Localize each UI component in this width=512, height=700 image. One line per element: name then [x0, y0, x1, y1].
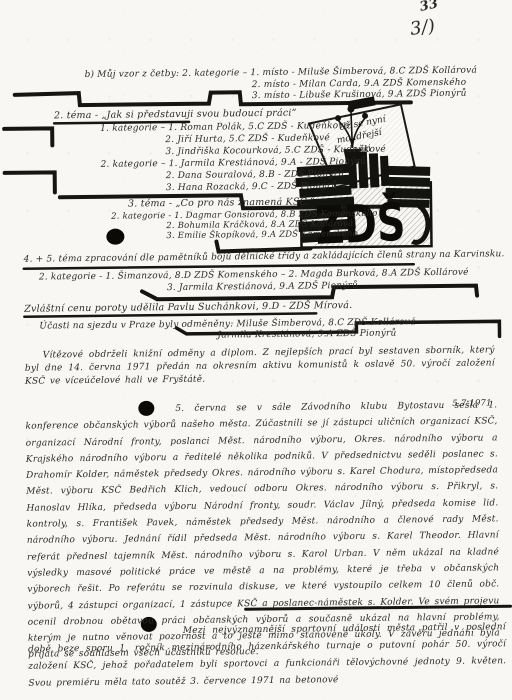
page-number-mark: 33: [418, 0, 439, 15]
page-tilt-layer: Už se nyní moudřejší býti: [0, 0, 512, 700]
heading-theme2: 2. téma - „Jak si představuji svou budou…: [54, 108, 297, 122]
result-line: 3. Emilie Škopíková, 9.A ZDŠ Komenského: [166, 229, 358, 241]
result-line-category2: 2. kategorie – 1. Jarmila Krestiánová, 9…: [101, 157, 367, 170]
heading-themes4-5: 4. + 5. téma zpracování dle pamětníků bo…: [24, 249, 505, 264]
result-line: 2. Dana Souralová, 8.B - ZDŠ Pionýrů: [166, 169, 345, 181]
book: [389, 177, 430, 187]
jury-special-prize-line: Zvláštní cenu poroty udělila Pavlu Suchá…: [24, 300, 352, 315]
divider-stroke: [216, 240, 310, 251]
result-line: 3. Jarmila Krestiánová, 9.A ZDŠ Pionýrů: [167, 281, 358, 293]
result-line-category2: 2. kategorie - 1. Šimanzová, 8.D ZDŠ Kom…: [39, 268, 469, 283]
ribbon-curl: [412, 203, 428, 242]
result-line: 3. Jindřiška Kocourková, 5.C ZDŠ - Kudeň…: [165, 145, 386, 158]
flower-icon: [335, 105, 369, 164]
result-line: 3. Hana Rozacká, 9.C - ZDŠ Pionýrů: [166, 181, 338, 193]
result-line-place3: 3. místo - Libuše Krušinová, 9.A ZDŠ Pio…: [252, 89, 467, 101]
scanned-chronicle-page: Už se nyní moudřejší býti: [0, 0, 512, 700]
bracket-stroke: [4, 128, 52, 146]
bracket-stroke: [5, 172, 55, 193]
page-number-mark: 3/): [409, 15, 437, 40]
congress-award-line-2: Jarmila Krestiánová, 9.A ZDŠ Pionýrů: [217, 328, 396, 340]
book-stack-right: [385, 166, 431, 208]
paragraph-handball-tournament: Mezi nejvýznamnější sportovní události m…: [28, 619, 507, 692]
result-line-category1: 1. kategorie – 1. Roman Polák, 5.C ZDŠ -…: [100, 121, 349, 134]
book: [369, 153, 380, 187]
bullet-dot: [106, 229, 124, 245]
heading-theme3: 3. téma - „Co pro nás znamená KSČ.“: [128, 196, 315, 209]
book: [387, 199, 429, 208]
book: [380, 156, 389, 186]
book: [386, 188, 431, 199]
book: [387, 166, 430, 176]
result-line: 2. Jiří Hurta, 5.C ZDŠ - Kudeňkové: [165, 133, 330, 145]
paragraph-awards-summary: Vítězové obdrželi knižní odměny a diplom…: [25, 344, 495, 389]
